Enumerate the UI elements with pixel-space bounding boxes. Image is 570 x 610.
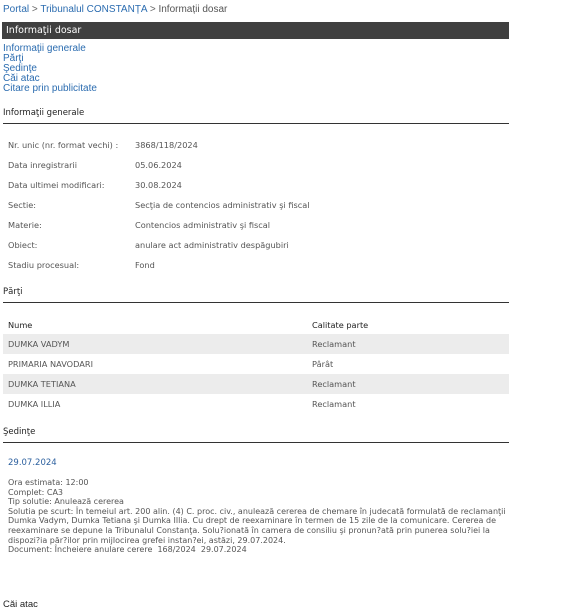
info-label: Data inregistrarii [8,160,135,170]
party-role: Reclamant [307,334,509,354]
info-value: Contencios administrativ şi fiscal [135,220,270,230]
hearing-solution-type: Tip solutie: Anulează cererea [8,497,508,507]
table-row: PRIMARIA NAVODARI Pârât [3,354,509,374]
info-value: 30.08.2024 [135,180,182,190]
party-role: Reclamant [307,394,509,414]
breadcrumb-court[interactable]: Tribunalul CONSTANȚA [40,4,147,15]
party-role: Pârât [307,354,509,374]
section-title-parties: Părţi [3,287,509,303]
party-role: Reclamant [307,374,509,394]
breadcrumb-separator: > [32,4,38,15]
hearing-panel: Complet: CA3 [8,488,508,498]
party-name: PRIMARIA NAVODARI [3,354,307,374]
info-label: Materie: [8,220,135,230]
section-title-hearings: Şedinţe [3,427,509,443]
toc-link-publicity-summons[interactable]: Citare prin publicitate [3,84,97,94]
info-label: Data ultimei modificari: [8,180,135,190]
hearing-date-link[interactable]: 29.07.2024 [8,458,57,468]
info-label: Obiect: [8,240,135,250]
section-title-general-info: Informaţii generale [3,108,509,124]
party-name: DUMKA ILLIA [3,394,307,414]
hearing-details: Ora estimata: 12:00 Complet: CA3 Tip sol… [8,478,508,555]
info-row-last-modified: Data ultimei modificari:30.08.2024 [8,180,182,190]
info-row-procedural-stage: Stadiu procesual:Fond [8,260,155,270]
column-header-role: Calitate parte [307,316,509,334]
info-label: Nr. unic (nr. format vechi) : [8,140,135,150]
table-row: DUMKA VADYM Reclamant [3,334,509,354]
page-title: Informaţii dosar [2,22,509,39]
parties-table: Nume Calitate parte DUMKA VADYM Reclaman… [3,316,509,414]
table-of-contents: Informaţii generale Părţi Şedinţe Căi at… [3,44,97,94]
column-header-name: Nume [3,316,307,334]
info-row-matter: Materie:Contencios administrativ şi fisc… [8,220,270,230]
party-name: DUMKA VADYM [3,334,307,354]
hearing-document: Document: Încheiere anulare cerere 168/2… [8,545,508,555]
info-label: Stadiu procesual: [8,260,135,270]
info-value: Secţia de contencios administrativ şi fi… [135,200,310,210]
table-row: DUMKA ILLIA Reclamant [3,394,509,414]
party-name: DUMKA TETIANA [3,374,307,394]
hearing-estimated-time: Ora estimata: 12:00 [8,478,508,488]
info-row-registration-date: Data inregistrarii05.06.2024 [8,160,182,170]
hearing-solution-summary: Solutia pe scurt: În temeiul art. 200 al… [8,507,508,545]
breadcrumb: Portal > Tribunalul CONSTANȚA > Informaț… [3,4,227,15]
info-row-object: Obiect:anulare act administrativ despăgu… [8,240,289,250]
breadcrumb-current: Informații dosar [158,4,227,15]
info-value: Fond [135,260,155,270]
table-row: DUMKA TETIANA Reclamant [3,374,509,394]
section-title-appeals: Căi atac [3,599,38,610]
info-label: Sectie: [8,200,135,210]
info-row-section: Sectie:Secţia de contencios administrati… [8,200,310,210]
info-value: 05.06.2024 [135,160,182,170]
info-value: anulare act administrativ despăgubiri [135,240,289,250]
info-value: 3868/118/2024 [135,140,198,150]
info-row-case-number: Nr. unic (nr. format vechi) :3868/118/20… [8,140,198,150]
breadcrumb-separator: > [150,4,156,15]
breadcrumb-portal[interactable]: Portal [3,4,29,15]
